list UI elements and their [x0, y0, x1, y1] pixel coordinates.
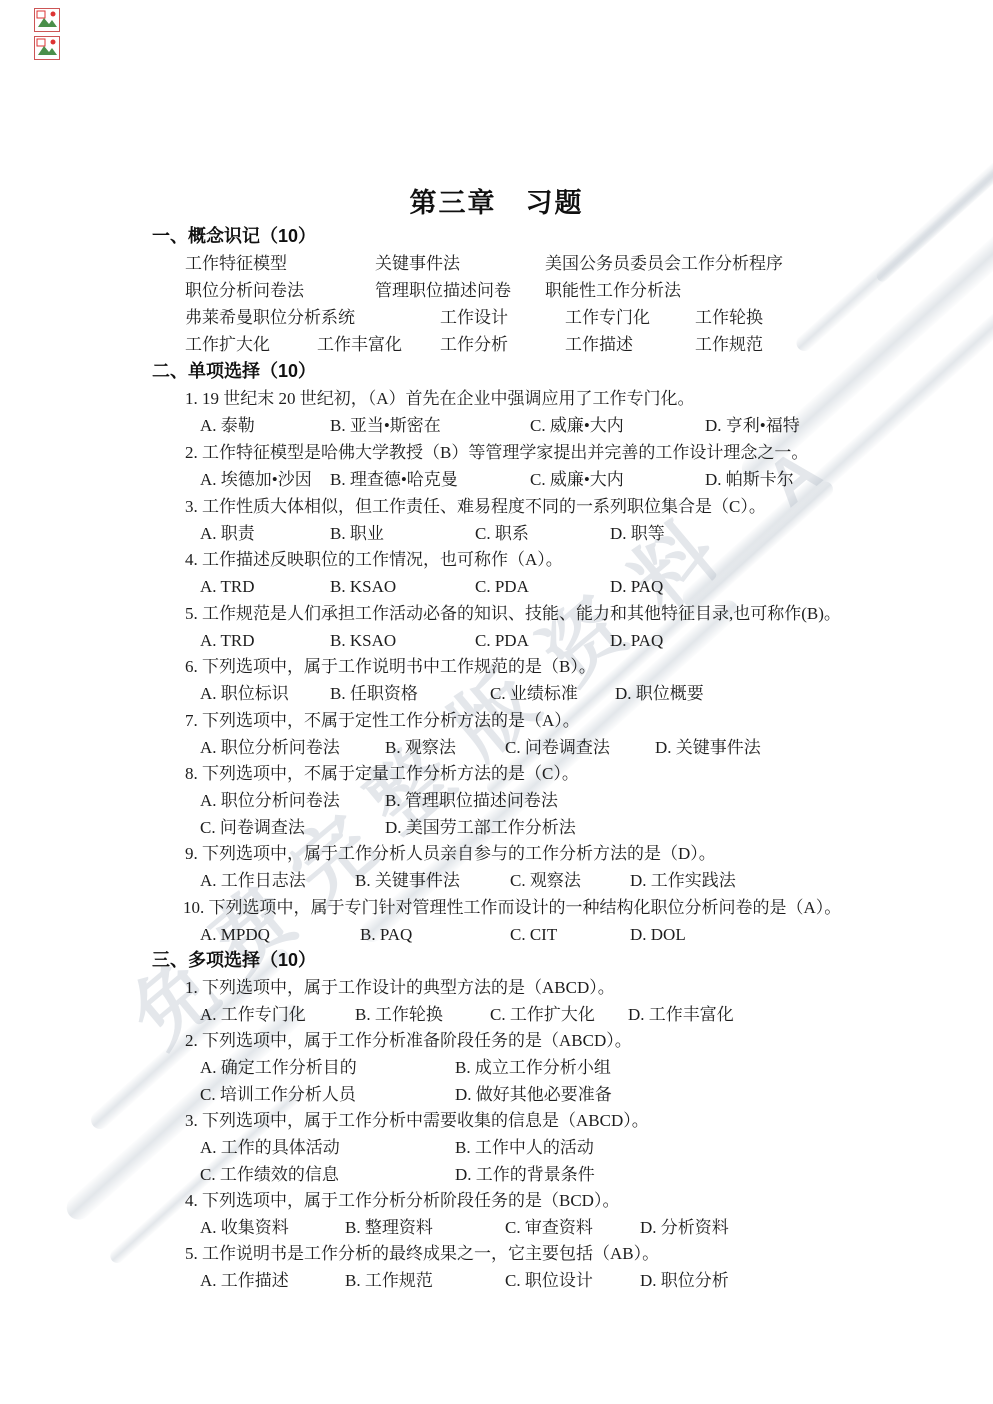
option: A. TRD: [200, 630, 254, 651]
option: A. 工作专门化: [200, 1004, 306, 1025]
option: A. 工作日志法: [200, 870, 306, 891]
option: D. DOL: [630, 924, 686, 945]
question-stem: 4. 工作描述反映职位的工作情况，也可称作（A）。: [185, 549, 563, 570]
option: D. 工作实践法: [630, 870, 736, 891]
concept-term: 工作丰富化: [317, 334, 402, 355]
option: B. 观察法: [385, 737, 456, 758]
option: C. 业绩标准: [490, 683, 578, 704]
concept-term: 美国公务员委员会工作分析程序: [545, 253, 783, 274]
section-heading-single: 二、单项选择（10）: [152, 361, 316, 382]
broken-image-icon: [34, 36, 60, 60]
option: A. MPDQ: [200, 924, 270, 945]
option: B. 管理职位描述问卷法: [385, 790, 558, 811]
option: A. 职位标识: [200, 683, 289, 704]
option: C. 培训工作分析人员: [200, 1084, 356, 1105]
option: C. 工作绩效的信息: [200, 1164, 339, 1185]
option: C. 职系: [475, 523, 529, 544]
option: B. 工作中人的活动: [455, 1137, 594, 1158]
option: A. 埃德加•沙因: [200, 469, 312, 490]
question-stem: 5. 工作说明书是工作分析的最终成果之一，它主要包括（AB）。: [185, 1243, 659, 1264]
concept-term: 职位分析问卷法: [185, 280, 304, 301]
option: C. PDA: [475, 576, 529, 597]
question-stem: 3. 下列选项中，属于工作分析中需要收集的信息是（ABCD）。: [185, 1110, 649, 1131]
question-stem: 3. 工作性质大体相似，但工作责任、难易程度不同的一系列职位集合是（C）。: [185, 496, 766, 517]
question-stem: 4. 下列选项中，属于工作分析分析阶段任务的是（BCD）。: [185, 1190, 619, 1211]
question-stem: 1. 下列选项中，属于工作设计的典型方法的是（ABCD）。: [185, 977, 615, 998]
concept-term: 工作设计: [440, 307, 508, 328]
option: C. 职位设计: [505, 1270, 593, 1291]
concept-term: 管理职位描述问卷: [375, 280, 511, 301]
option: A. 确定工作分析目的: [200, 1057, 357, 1078]
option: D. 帕斯卡尔: [705, 469, 794, 490]
option: B. 任职资格: [330, 683, 418, 704]
question-stem: 5. 工作规范是人们承担工作活动必备的知识、技能、能力和其他特征目录,也可称作(…: [185, 603, 841, 624]
question-stem: 8. 下列选项中，不属于定量工作分析方法的是（C）。: [185, 763, 579, 784]
concept-term: 工作分析: [440, 334, 508, 355]
option: C. 工作扩大化: [490, 1004, 595, 1025]
option: D. 工作丰富化: [628, 1004, 734, 1025]
option: B. 关键事件法: [355, 870, 460, 891]
question-stem: 9. 下列选项中，属于工作分析人员亲自参与的工作分析方法的是（D）。: [185, 843, 716, 864]
question-stem: 7. 下列选项中，不属于定性工作分析方法的是（A）。: [185, 710, 580, 731]
concept-term: 工作描述: [565, 334, 633, 355]
question-stem: 1. 19 世纪末 20 世纪初，（A）首先在企业中强调应用了工作专门化。: [185, 388, 695, 409]
option: D. 关键事件法: [655, 737, 761, 758]
option: A. 工作的具体活动: [200, 1137, 340, 1158]
broken-image-icon: [34, 8, 60, 32]
concept-term: 工作扩大化: [185, 334, 270, 355]
option: B. 职业: [330, 523, 384, 544]
option: C. 威廉•大内: [530, 469, 624, 490]
question-stem: 6. 下列选项中，属于工作说明书中工作规范的是（B）。: [185, 656, 596, 677]
option: A. 职位分析问卷法: [200, 737, 340, 758]
concept-term: 职能性工作分析法: [545, 280, 681, 301]
watermark-stripe: [793, 142, 993, 355]
option: A. 收集资料: [200, 1217, 289, 1238]
option: C. 问卷调查法: [200, 817, 305, 838]
option: A. 职责: [200, 523, 255, 544]
option: D. 亨利•福特: [705, 415, 800, 436]
option: C. 问卷调查法: [505, 737, 610, 758]
option: C. 威廉•大内: [530, 415, 624, 436]
option: D. 做好其他必要准备: [455, 1084, 612, 1105]
option: D. 职位分析: [640, 1270, 729, 1291]
section-heading-concepts: 一、概念识记（10）: [152, 226, 316, 247]
document-page: 免 费 完 整 版 资 料 A 第三章 习题 一、概念识记（10） 工作特征模型…: [0, 0, 993, 1404]
concept-term: 工作轮换: [695, 307, 763, 328]
concept-term: 工作特征模型: [185, 253, 287, 274]
question-stem: 10. 下列选项中，属于专门针对管理性工作而设计的一种结构化职位分析问卷的是（A…: [183, 897, 841, 918]
section-heading-multi: 三、多项选择（10）: [152, 950, 316, 971]
option: B. 亚当•斯密在: [330, 415, 441, 436]
option: A. 职位分析问卷法: [200, 790, 340, 811]
option: B. 工作轮换: [355, 1004, 443, 1025]
concept-term: 弗莱希曼职位分析系统: [185, 307, 355, 328]
option: B. KSAO: [330, 576, 396, 597]
option: D. 美国劳工部工作分析法: [385, 817, 576, 838]
page-title: 第三章 习题: [0, 181, 993, 220]
option: D. 职位概要: [615, 683, 704, 704]
option: B. 理查德•哈克曼: [330, 469, 458, 490]
option: B. 整理资料: [345, 1217, 433, 1238]
option: D. 工作的背景条件: [455, 1164, 595, 1185]
option: A. 工作描述: [200, 1270, 289, 1291]
option: D. 分析资料: [640, 1217, 729, 1238]
option: A. TRD: [200, 576, 254, 597]
option: C. CIT: [510, 924, 557, 945]
option: D. 职等: [610, 523, 665, 544]
option: B. KSAO: [330, 630, 396, 651]
option: A. 泰勒: [200, 415, 255, 436]
concept-term: 关键事件法: [375, 253, 460, 274]
option: B. 成立工作分析小组: [455, 1057, 611, 1078]
concept-term: 工作专门化: [565, 307, 650, 328]
option: C. PDA: [475, 630, 529, 651]
concept-term: 工作规范: [695, 334, 763, 355]
option: B. PAQ: [360, 924, 412, 945]
option: C. 审查资料: [505, 1217, 593, 1238]
option: B. 工作规范: [345, 1270, 433, 1291]
question-stem: 2. 工作特征模型是哈佛大学教授（B）等管理学家提出并完善的工作设计理念之一。: [185, 442, 808, 463]
option: D. PAQ: [610, 576, 663, 597]
option: C. 观察法: [510, 870, 581, 891]
option: D. PAQ: [610, 630, 663, 651]
question-stem: 2. 下列选项中，属于工作分析准备阶段任务的是（ABCD）。: [185, 1030, 632, 1051]
